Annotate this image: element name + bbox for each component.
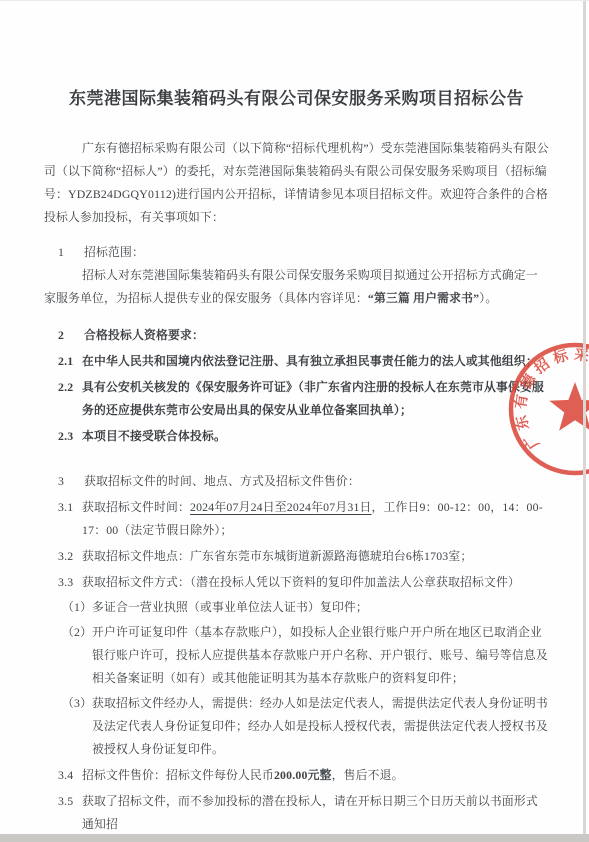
clause-3-5-number: 3.5 [58,790,82,813]
section-3-heading-text: 获取招标文件的时间、地点、方式及招标文件售价： [84,474,360,488]
clause-2-3-text: 本项目不接受联合体投标。 [82,429,226,443]
sub-item-3-text: 获取招标文件经办人，需提供：经办人如是法定代表人，需提供法定代表人身份证明书及法… [92,696,548,756]
clause-3-5-text: 获取了招标文件，而不参加投标的潜在投标人，请在开标日期三个日历天前以书面形式通知… [82,794,538,831]
clause-3-1-date-range: 2024年07月24日至2024年07月31日 [190,500,372,514]
section-1-heading-text: 招标范围： [84,245,144,259]
section-1-body-post: ）。 [479,291,497,305]
clause-3-5: 3.5获取了招标文件，而不参加投标的潜在投标人，请在开标日期三个日历天前以书面形… [58,790,549,836]
clause-2-2-text: 具有公安机关核发的《保安服务许可证》（非广东省内注册的投标人在东莞市从事保安服务… [82,380,544,417]
section-2-heading-text: 合格投标人资格要求： [84,328,204,342]
clause-3-4: 3.4招标文件售价：招标文件每份人民币200.00元整，售后不退。 [58,764,549,787]
section-1-number: 1 [58,241,84,264]
intro-paragraph: 广东有德招标采购有限公司（以下简称“招标代理机构”）受东莞港国际集装箱码头有限公… [44,137,549,229]
sub-item-2-number: （2） [62,621,92,644]
clause-3-1-pre: 获取招标文件时间： [82,500,190,514]
clause-2-1-text: 在中华人民共和国境内依法登记注册、具有独立承担民事责任能力的法人或其他组织； [82,354,538,368]
document-content: 东莞港国际集装箱码头有限公司保安服务采购项目招标公告 广东有德招标采购有限公司（… [44,87,549,836]
sub-item-2-text: 开户许可证复印件（基本存款账户），如投标人企业银行账户开户所在地区已取消企业银行… [92,625,548,685]
document-page: 东莞港国际集装箱码头有限公司保安服务采购项目招标公告 广东有德招标采购有限公司（… [0,0,589,842]
section-2: 2合格投标人资格要求： 2.1在中华人民共和国境内依法登记注册、具有独立承担民事… [44,324,549,448]
clause-3-4-post: ，售后不退。 [332,768,404,782]
section-2-number: 2 [58,324,84,347]
clause-3-1: 3.1获取招标文件时间：2024年07月24日至2024年07月31日，工作日9… [58,496,549,542]
clause-2-1-number: 2.1 [58,350,82,373]
section-3: 3获取招标文件的时间、地点、方式及招标文件售价： 3.1获取招标文件时间：202… [44,470,549,836]
clause-3-4-number: 3.4 [58,764,82,787]
clause-3-3-text: 获取招标文件方式：（潜在投标人凭以下资料的复印件加盖法人公章获取招标文件） [82,575,520,589]
clause-3-2: 3.2获取招标文件地点：广东省东莞市东城街道新源路海德琥珀台6栋1703室； [58,545,549,568]
section-3-heading: 3获取招标文件的时间、地点、方式及招标文件售价： [44,470,549,493]
sub-item-3: （3）获取招标文件经办人，需提供：经办人如是法定代表人，需提供法定代表人身份证明… [62,692,549,761]
sub-item-2: （2）开户许可证复印件（基本存款账户），如投标人企业银行账户开户所在地区已取消企… [62,621,549,690]
sub-item-1: （1）多证合一营业执照（或事业单位法人证书）复印件； [62,596,549,619]
clause-3-4-pre: 招标文件售价：招标文件每份人民币 [82,768,274,782]
clause-3-3: 3.3获取招标文件方式：（潜在投标人凭以下资料的复印件加盖法人公章获取招标文件） [58,571,549,594]
clause-2-3-number: 2.3 [58,425,82,448]
section-1-heading: 1招标范围： [44,241,549,264]
clause-3-2-number: 3.2 [58,545,82,568]
clause-2-2-number: 2.2 [58,376,82,399]
section-3-number: 3 [58,470,84,493]
sub-item-1-text: 多证合一营业执照（或事业单位法人证书）复印件； [92,600,368,614]
clause-2-2: 2.2具有公安机关核发的《保安服务许可证》（非广东省内注册的投标人在东莞市从事保… [58,376,549,422]
clause-3-2-text: 获取招标文件地点：广东省东莞市东城街道新源路海德琥珀台6栋1703室； [82,549,472,563]
clause-2-1: 2.1在中华人民共和国境内依法登记注册、具有独立承担民事责任能力的法人或其他组织… [58,350,549,373]
clause-3-3-number: 3.3 [58,571,82,594]
page-right-edge-line [583,1,586,834]
sub-item-1-number: （1） [62,596,92,619]
section-1-body-bold: “第三篇 用户需求书” [368,291,479,305]
sub-item-3-number: （3） [62,692,92,715]
section-2-heading: 2合格投标人资格要求： [44,324,549,347]
page-bottom-edge-bar [0,834,589,842]
page-title: 东莞港国际集装箱码头有限公司保安服务采购项目招标公告 [44,87,549,111]
clause-3-4-price: 200.00元整 [274,768,332,782]
clause-3-1-number: 3.1 [58,496,82,519]
clause-2-3: 2.3本项目不接受联合体投标。 [58,425,549,448]
section-1-body: 招标人对东莞港国际集装箱码头有限公司保安服务采购项目拟通过公开招标方式确定一家服… [44,264,549,310]
